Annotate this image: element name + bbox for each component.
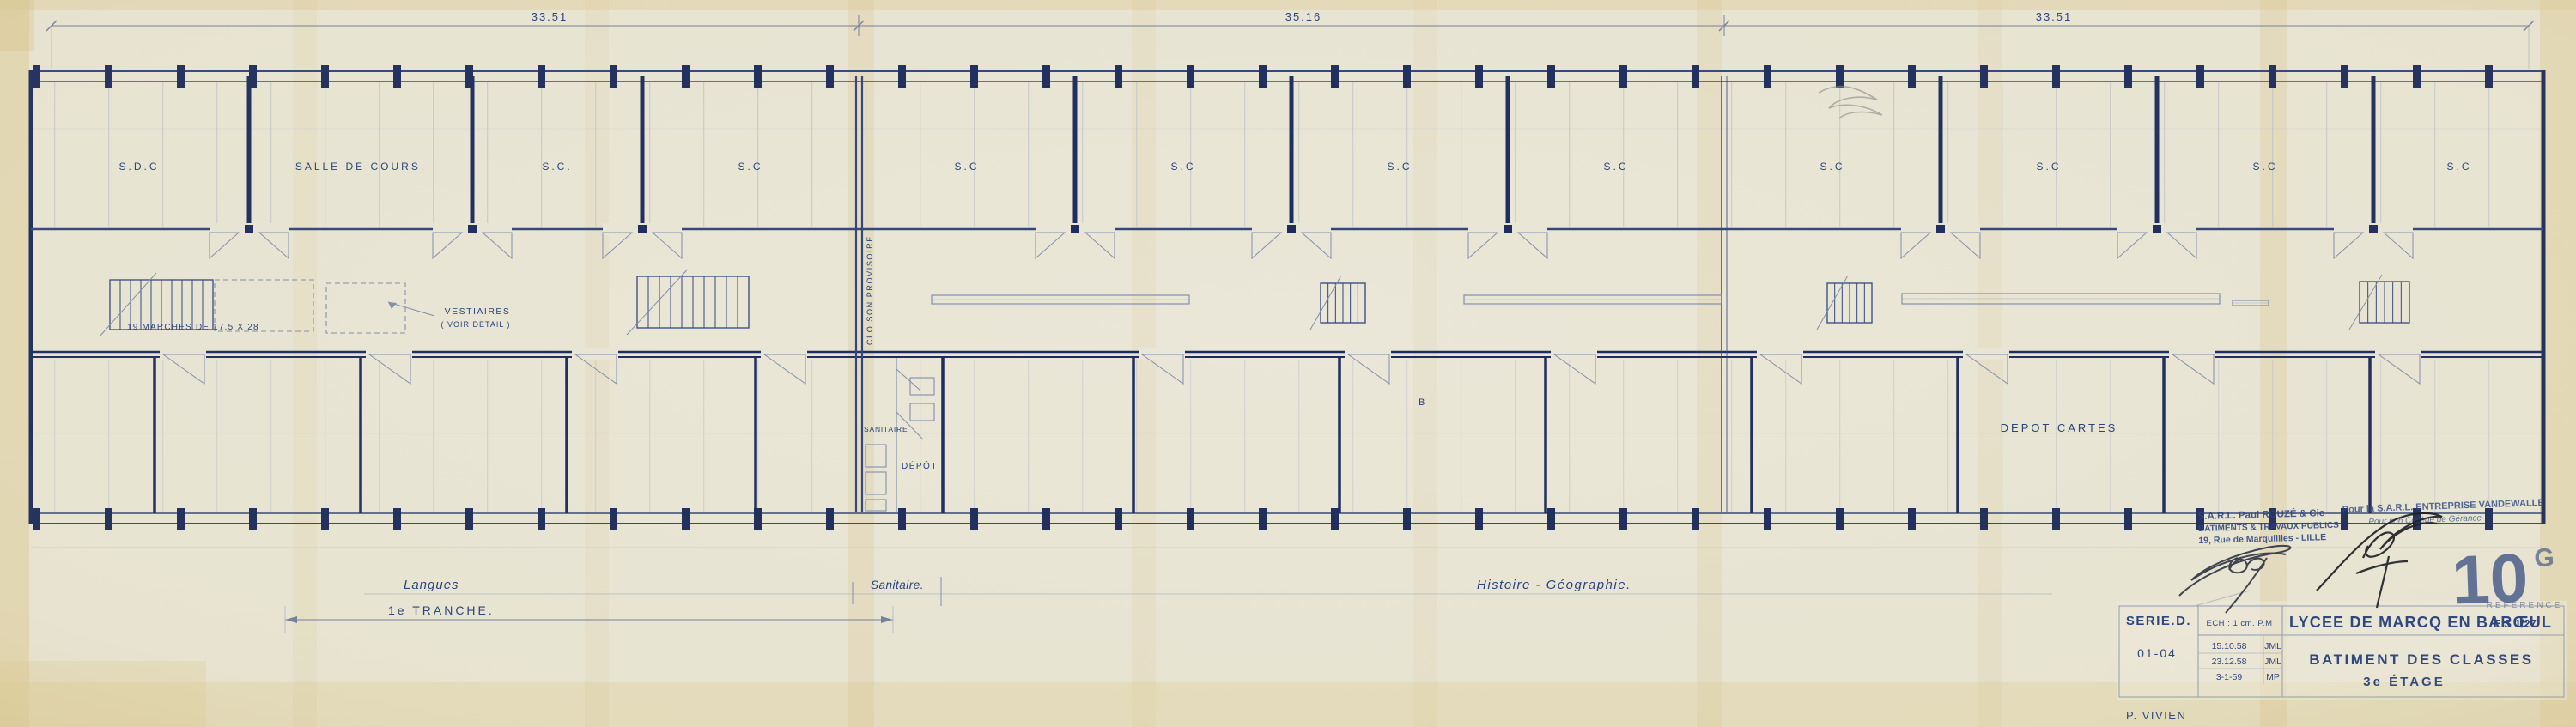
columns-bottom [31, 508, 2543, 530]
room-label: S.C [1820, 161, 1844, 173]
door-jamb [1936, 225, 1945, 233]
door-jamb [468, 225, 477, 233]
scale-label: ECH : 1 cm. P.M [2206, 619, 2272, 628]
depot-cartes-label: DEPOT CARTES [2001, 421, 2118, 434]
room-label: S.C [954, 161, 979, 173]
sanitaire-room-label: SANITAIRE [864, 425, 908, 433]
room-label: S.D.C [118, 161, 159, 173]
contractor-stamp-rouze: S.A.R.L. Paul ROUZÉ & Cie BATIMENTS & TR… [2197, 507, 2339, 546]
room-label: S.C [1170, 161, 1195, 173]
zone-label-tranche: 1e TRANCHE. [388, 603, 495, 617]
revision-initials: JML [2264, 641, 2281, 651]
vestiaires-detail-label: ( VOIR DETAIL ) [440, 320, 510, 329]
cloison-provisoire-label: CLOISON PROVISOIRE [866, 235, 874, 345]
paper-corner-stain [0, 661, 206, 727]
room-label: SALLE DE COURS. [295, 161, 426, 173]
room-label: S.C [738, 161, 762, 173]
door-jamb [2153, 225, 2161, 233]
building-subtitle: BATIMENT DES CLASSES [2309, 651, 2533, 668]
zone-label-sanitaire: Sanitaire. [871, 579, 924, 591]
room-label: S.C. [542, 161, 572, 173]
dimension-label-right: 33.51 [2036, 10, 2073, 23]
revision-initials: MP [2266, 672, 2280, 682]
revision-date: 3-1-59 [2216, 672, 2243, 682]
dimension-label-left: 33.51 [532, 10, 568, 23]
door-jamb [1287, 225, 1296, 233]
door-jamb [245, 225, 253, 233]
room-label: S.C [2446, 161, 2471, 173]
floor-plan-drawing: 33.51 35.16 33.51 [0, 0, 2576, 727]
depot-room-label: DÉPÔT [902, 460, 938, 471]
window-mullions-bottom [31, 360, 2543, 512]
room-label: S.C [2036, 161, 2061, 173]
room-b-label: B [1419, 397, 1425, 408]
revision-date: 23.12.58 [2212, 657, 2247, 667]
revision-initials: JML [2264, 657, 2281, 667]
revision-date: 15.10.58 [2212, 641, 2247, 651]
door-jamb [1071, 225, 1079, 233]
plan-reference: E.S 1/27 [2494, 617, 2537, 630]
door-jamb [1504, 225, 1512, 233]
room-label: S.C [1603, 161, 1628, 173]
window-mullions-top [31, 82, 2543, 227]
stair-note: 19 MARCHES DE 17,5 X 28 [127, 323, 259, 332]
paper-edge-left [0, 0, 29, 727]
stamp-number: 10 [2451, 539, 2530, 618]
vestiaires-label: VESTIAIRES [445, 306, 511, 317]
door-jamb [2369, 225, 2378, 233]
stamp-number-suffix: G [2534, 543, 2555, 573]
paper-edge-top [0, 0, 2576, 10]
zone-label-histoire-geographie: Histoire - Géographie. [1477, 578, 1631, 592]
zone-label-langues: Langues [404, 578, 459, 592]
door-jamb [638, 225, 647, 233]
paper-corner-stain-2 [0, 0, 34, 51]
serie-label: SERIE.D. [2126, 614, 2191, 628]
room-label: S.C [2252, 161, 2277, 173]
author-name: P. VIVIEN [2126, 709, 2186, 722]
plan-code: 01-04 [2137, 646, 2177, 660]
floor-label: 3e ÉTAGE [2363, 675, 2445, 689]
blueprint-sheet: 33.51 35.16 33.51 [0, 0, 2576, 727]
room-label: S.C [1387, 161, 1412, 173]
dimension-label-center: 35.16 [1285, 10, 1322, 23]
columns-top [31, 65, 2543, 88]
